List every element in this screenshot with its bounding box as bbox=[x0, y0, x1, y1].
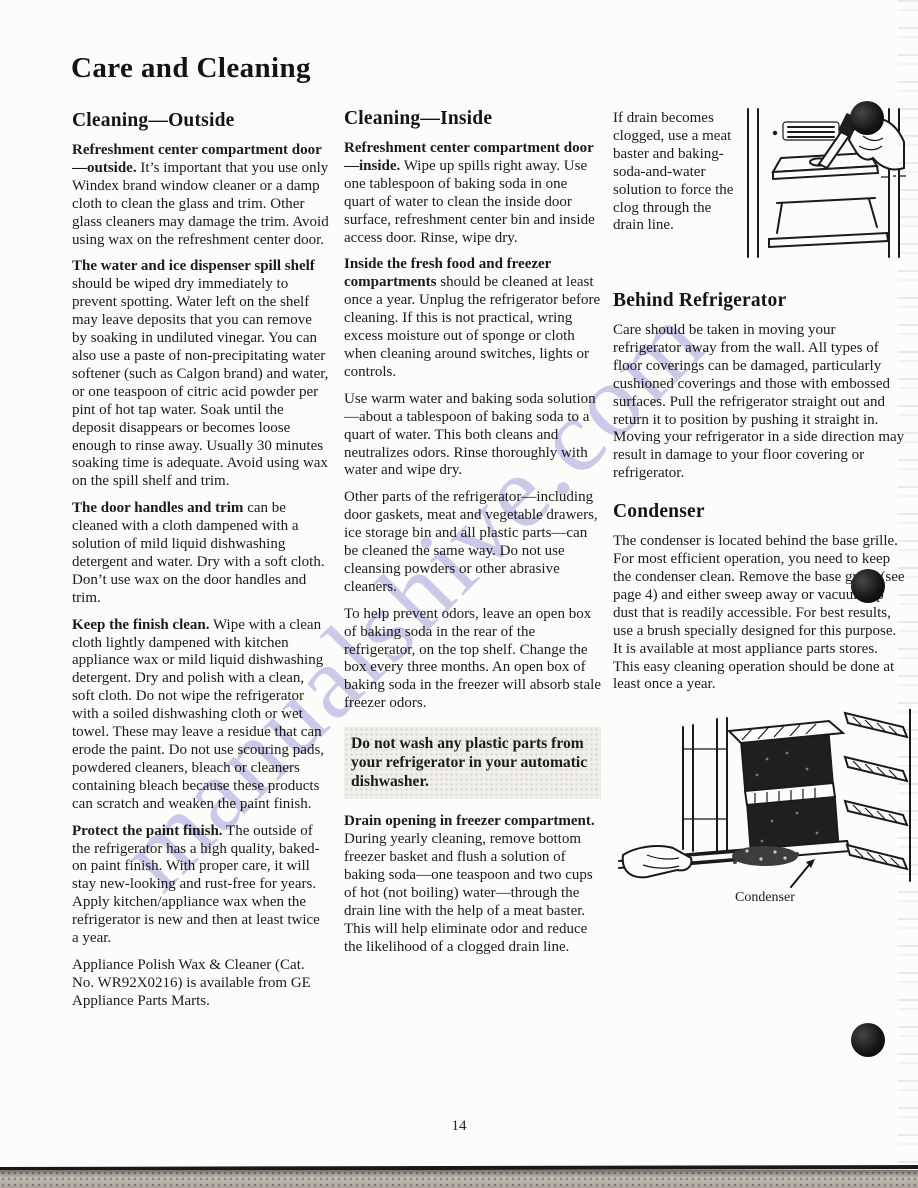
paragraph: The water and ice dispenser spill shelf … bbox=[72, 258, 330, 491]
paragraph: Inside the fresh food and freezer compar… bbox=[344, 256, 601, 381]
paragraph: Use warm water and baking soda solution—… bbox=[344, 391, 601, 481]
column-right: If drain becomes clogged, use a meat bas… bbox=[613, 106, 906, 910]
paragraph: To help prevent odors, leave an open box… bbox=[344, 606, 601, 713]
drain-baster-illustration bbox=[737, 106, 907, 260]
heading-cleaning-outside: Cleaning—Outside bbox=[72, 110, 330, 132]
paragraph-lead: Protect the paint finish. bbox=[72, 823, 223, 839]
page-title: Care and Cleaning bbox=[71, 52, 311, 85]
paragraph-lead: The door handles and trim bbox=[72, 500, 243, 516]
page-number: 14 bbox=[0, 1118, 918, 1135]
binder-hole-dot bbox=[851, 1023, 885, 1057]
binder-hole-dot bbox=[851, 569, 885, 603]
binder-hole-dot bbox=[850, 101, 884, 135]
heading-cleaning-inside: Cleaning—Inside bbox=[344, 108, 601, 130]
dishwasher-warning-box: Do not wash any plastic parts from your … bbox=[344, 727, 601, 799]
paragraph-text: The outside of the refrigerator has a hi… bbox=[72, 823, 320, 946]
paragraph-text: Wipe with a clean cloth lightly dampened… bbox=[72, 617, 324, 812]
paragraph-text: During yearly cleaning, remove bottom fr… bbox=[344, 831, 593, 954]
condenser-illustration: Condenser bbox=[617, 709, 913, 905]
paragraph-text: Appliance Polish Wax & Cleaner (Cat. No.… bbox=[72, 957, 311, 1009]
scan-edge-noise bbox=[898, 0, 918, 1188]
paragraph: Protect the paint finish. The outside of… bbox=[72, 823, 330, 948]
column-cleaning-outside: Cleaning—Outside Refreshment center comp… bbox=[72, 110, 330, 1020]
column-cleaning-inside: Cleaning—Inside Refreshment center compa… bbox=[344, 108, 601, 965]
paragraph: The door handles and trim can be cleaned… bbox=[72, 500, 330, 607]
drain-opening-paragraph: Drain opening in freezer compartment. Du… bbox=[344, 813, 601, 956]
scan-bottom-band bbox=[0, 1170, 918, 1188]
paragraph-lead: Keep the finish clean. bbox=[72, 617, 210, 633]
heading-condenser: Condenser bbox=[613, 501, 906, 523]
paragraph-lead: The water and ice dispenser spill shelf bbox=[72, 258, 315, 274]
paragraph-text: Use warm water and baking soda solution—… bbox=[344, 391, 596, 479]
paragraph-text: To help prevent odors, leave an open box… bbox=[344, 606, 601, 712]
paragraph-text: should be wiped dry immediately to preve… bbox=[72, 276, 328, 489]
paragraph: Appliance Polish Wax & Cleaner (Cat. No.… bbox=[72, 957, 330, 1011]
paragraph-text: Other parts of the refrigerator—includin… bbox=[344, 489, 598, 595]
condenser-caption: Condenser bbox=[735, 890, 795, 905]
drain-note-text: If drain becomes clogged, use a meat bas… bbox=[613, 110, 735, 235]
paragraph: Other parts of the refrigerator—includin… bbox=[344, 489, 601, 596]
condenser-paragraph: The condenser is located behind the base… bbox=[613, 533, 906, 694]
paragraph: Keep the finish clean. Wipe with a clean… bbox=[72, 617, 330, 814]
paragraph: Refreshment center compartment door—insi… bbox=[344, 140, 601, 247]
paragraph-lead: Drain opening in freezer compartment. bbox=[344, 813, 595, 829]
paragraph: Refreshment center compartment door—outs… bbox=[72, 142, 330, 249]
heading-behind-refrigerator: Behind Refrigerator bbox=[613, 290, 906, 312]
behind-refrigerator-paragraph: Care should be taken in moving your refr… bbox=[613, 322, 906, 483]
